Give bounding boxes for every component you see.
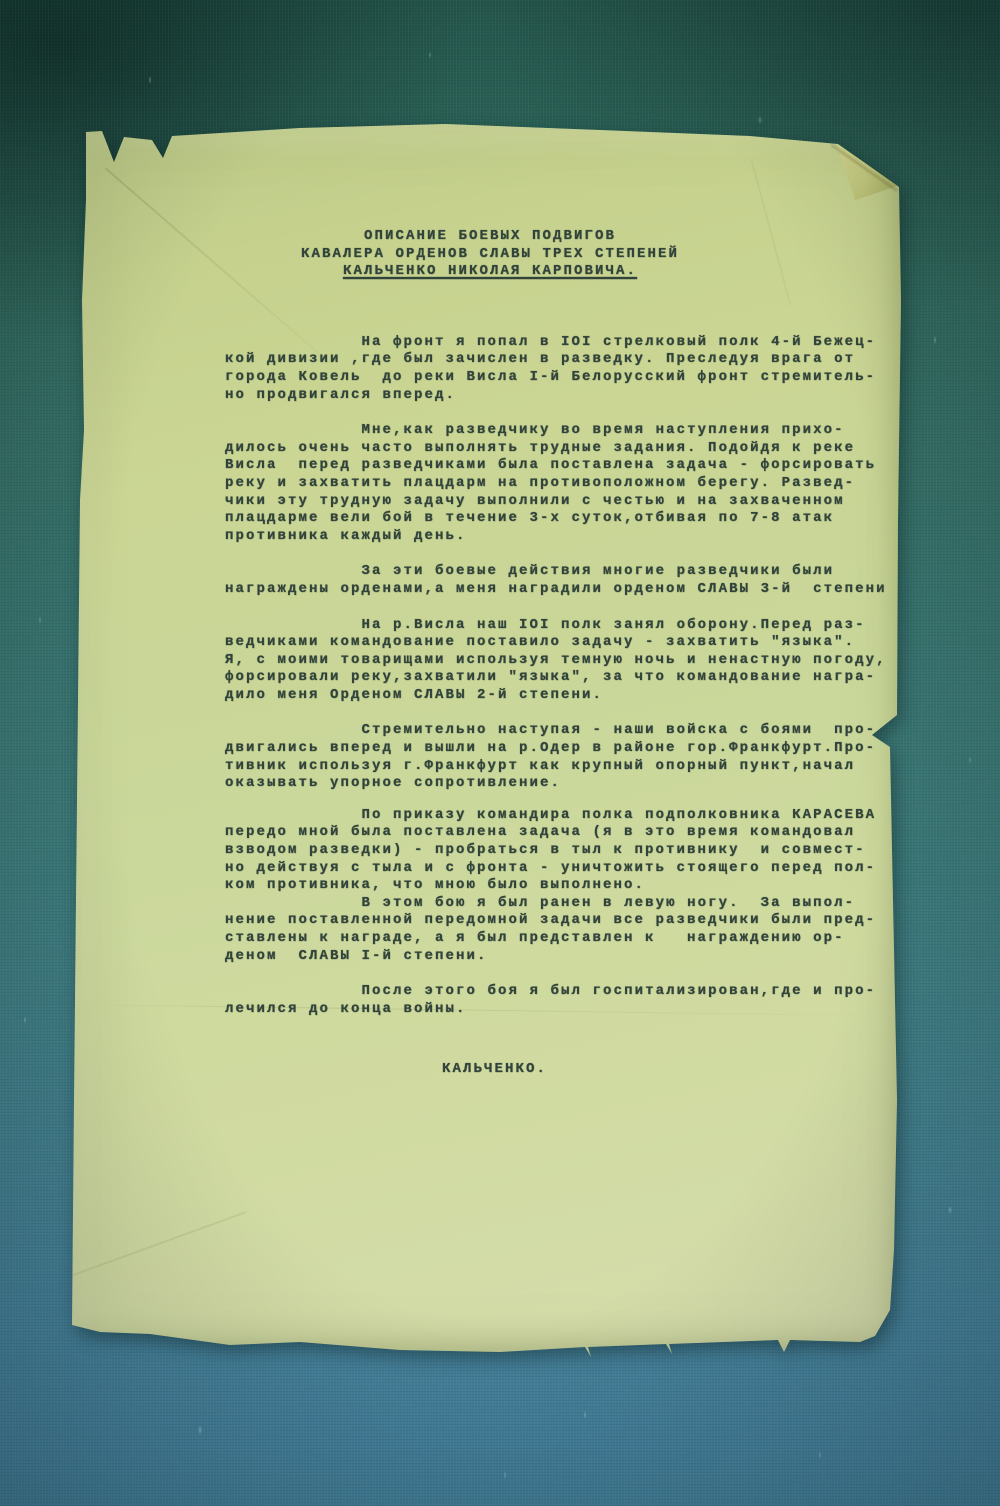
paragraph-7: В этом бою я был ранен в левую ногу. За … — [225, 895, 925, 965]
paragraph-1: На фронт я попал в IOI стрелковый полк 4… — [225, 334, 925, 404]
title-line-1: ОПИСАНИЕ БОЕВЫХ ПОДВИГОВ — [225, 228, 755, 246]
title-line-3: КАЛЬЧЕНКО НИКОЛАЯ КАРПОВИЧА. — [225, 263, 755, 281]
fabric-background: ОПИСАНИЕ БОЕВЫХ ПОДВИГОВ КАВАЛЕРА ОРДЕНО… — [0, 0, 1000, 1506]
paragraph-4: На р.Висла наш IOI полк занял оборону.Пе… — [225, 617, 925, 705]
document-content: ОПИСАНИЕ БОЕВЫХ ПОДВИГОВ КАВАЛЕРА ОРДЕНО… — [225, 228, 925, 1079]
paragraph-2: Мне,как разведчику во время наступления … — [225, 422, 925, 545]
signature: КАЛЬЧЕНКО. — [442, 1061, 925, 1079]
paragraph-8: После этого боя я был госпитализирован,г… — [225, 983, 925, 1018]
title-line-2: КАВАЛЕРА ОРДЕНОВ СЛАВЫ ТРЕХ СТЕПЕНЕЙ — [225, 246, 755, 264]
paper-crease — [58, 1212, 246, 1281]
paragraph-3: За эти боевые действия многие разведчики… — [225, 563, 925, 598]
paragraph-5: Стремительно наступая - наши войска с бо… — [225, 722, 925, 792]
paragraph-6: По приказу командира полка подполковника… — [225, 807, 925, 895]
document-paper: ОПИСАНИЕ БОЕВЫХ ПОДВИГОВ КАВАЛЕРА ОРДЕНО… — [62, 120, 907, 1360]
document-title: ОПИСАНИЕ БОЕВЫХ ПОДВИГОВ КАВАЛЕРА ОРДЕНО… — [225, 228, 755, 281]
